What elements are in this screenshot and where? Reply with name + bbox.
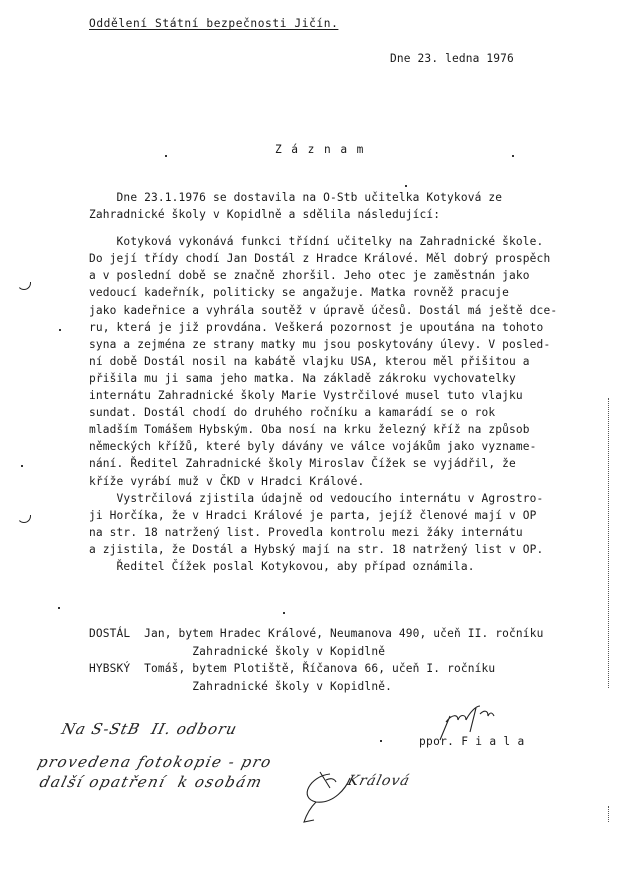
body-line: ru, která je již provdána. Veškerá pozor…: [89, 319, 619, 336]
person-school: Zahradnické školy v Kopidlně.: [192, 680, 392, 693]
body-line: Zahradnické školy v Kopidlně a sdělila n…: [89, 206, 619, 223]
handwritten-note-line3: další opatření k osobám: [38, 773, 265, 791]
right-edge-rule: [608, 806, 609, 822]
title-letter: m: [357, 143, 364, 156]
person-details: Tomáš, bytem Plotiště, Říčanova 66, učeň…: [144, 662, 495, 675]
signature-icon: [436, 702, 496, 746]
body-line: sundat. Dostál chodí do druhého ročníku …: [89, 404, 619, 421]
department-header: Oddělení Státní bezpečnosti Jičín.: [89, 16, 338, 31]
body-line: internátu Zahradnické školy Marie Vystrč…: [89, 387, 619, 404]
right-edge-rule: [608, 398, 609, 688]
person-surname: DOSTÁL: [89, 627, 130, 640]
speck: [380, 740, 382, 742]
body-line: Kotyková vykonává funkci třídní učitelky…: [89, 233, 619, 250]
body-line: kříže vyrábí muž v ČKD v Hradci Králové.: [89, 473, 619, 490]
margin-punch-mark: [17, 515, 31, 523]
body-line: ní době Dostál nosil na kabátě vlajku US…: [89, 353, 619, 370]
body-line: a v poslední době se značně zhoršil. Jeh…: [89, 267, 619, 284]
body-line: a zjistila, že Dostál a Hybský mají na s…: [89, 541, 619, 558]
title-letter: z: [308, 143, 315, 156]
speck: [21, 465, 23, 467]
body-line: [89, 223, 619, 233]
document-date: Dne 23. ledna 1976: [390, 51, 514, 66]
title-letter: Z: [275, 143, 282, 156]
body-line: jako kadeřnice a vyhrála soutěž v úpravě…: [89, 302, 619, 319]
speck: [405, 185, 407, 187]
body-line: mladším Tomášem Hybským. Oba nosí na krk…: [89, 421, 619, 438]
person-details: Jan, bytem Hradec Králové, Neumanova 490…: [144, 627, 543, 640]
person-entry: HYBSKÝ Tomáš, bytem Plotiště, Říčanova 6…: [89, 660, 543, 695]
body-line: německých křížů, které byly dávány ve vá…: [89, 438, 619, 455]
body-line: Dne 23.1.1976 se dostavila na O-Stb učit…: [89, 189, 619, 206]
body-line: Ředitel Čížek poslal Kotykovou, aby příp…: [89, 558, 619, 575]
title-letter: a: [340, 143, 347, 156]
body-line: vedoucí kadeřník, politicky se angažuje.…: [89, 284, 619, 301]
person-entry: DOSTÁL Jan, bytem Hradec Králové, Neuman…: [89, 625, 543, 660]
speck: [283, 612, 285, 614]
speck: [58, 607, 60, 609]
handwritten-note-line2: provedena fotokopie - pro: [36, 753, 274, 771]
handwritten-note-line1: Na S-StB II. odboru: [60, 720, 240, 738]
speck: [512, 155, 514, 157]
title-letter: á: [291, 143, 298, 156]
speck: [165, 155, 167, 157]
record-body: Dne 23.1.1976 se dostavila na O-Stb učit…: [89, 189, 619, 575]
body-line: na str. 18 natržený list. Provedla kontr…: [89, 524, 619, 541]
body-line: Vystrčilová zjistila údajně od vedoucího…: [89, 490, 619, 507]
body-line: nání. Ředitel Zahradnické školy Miroslav…: [89, 455, 619, 472]
handwritten-flourish-icon: [290, 768, 360, 824]
title-letter: n: [324, 143, 331, 156]
persons-list: DOSTÁL Jan, bytem Hradec Králové, Neuman…: [89, 625, 543, 695]
document-title: Záznam: [248, 127, 373, 172]
body-line: syna a zejména ze strany matky mu jsou p…: [89, 336, 619, 353]
body-line: Do její třídy chodí Jan Dostál z Hradce …: [89, 250, 619, 267]
body-line: přišila mu ji sama jeho matka. Na základ…: [89, 370, 619, 387]
body-line: ji Horčíka, že v Hradci Králové je parta…: [89, 507, 619, 524]
person-school: Zahradnické školy v Kopidlně: [192, 645, 385, 658]
margin-punch-mark: [17, 282, 31, 290]
speck: [59, 329, 61, 331]
person-surname: HYBSKÝ: [89, 662, 130, 675]
